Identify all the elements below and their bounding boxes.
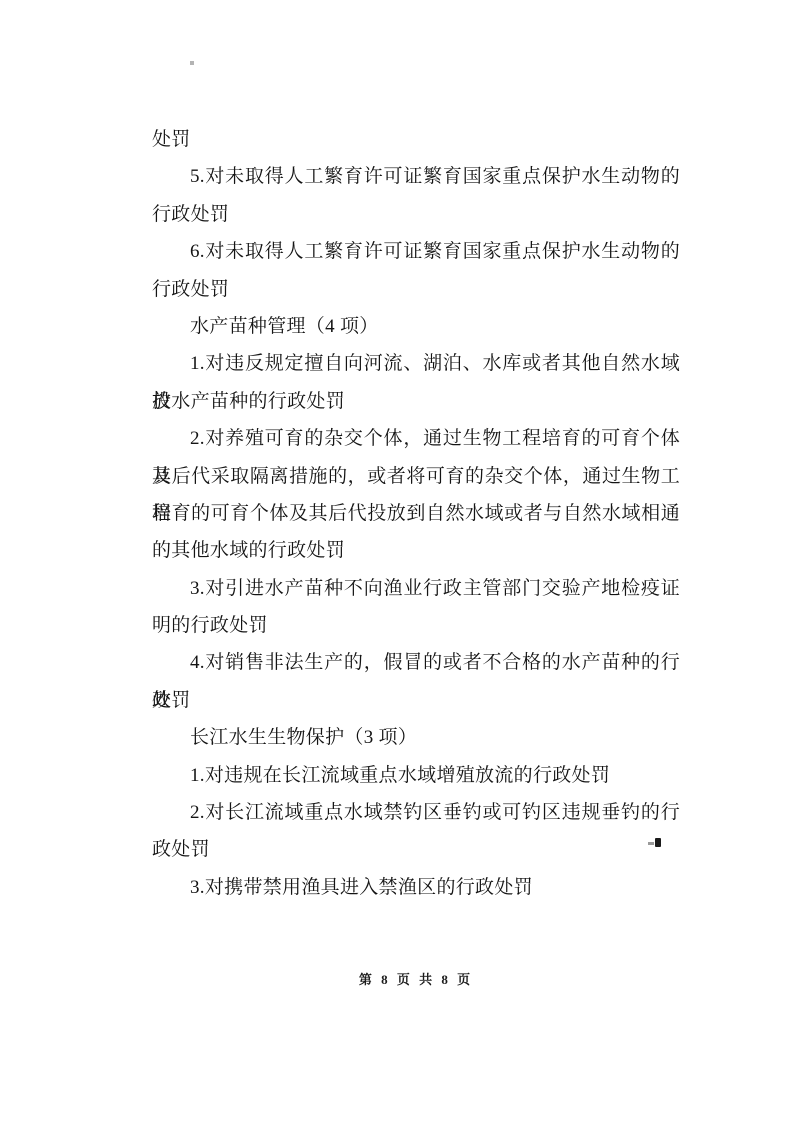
text-line: 3.对引进水产苗种不向渔业行政主管部门交验产地检疫证 — [152, 570, 680, 607]
scan-speck-artifact — [190, 61, 194, 65]
text-line: 处罚 — [152, 682, 680, 719]
text-line: 明的行政处罚 — [152, 607, 680, 644]
page-footer: 第 8 页 共 8 页 — [152, 969, 680, 988]
text-line: 1.对违规在长江流域重点水域增殖放流的行政处罚 — [152, 757, 680, 794]
page-number: 第 8 页 共 8 页 — [359, 972, 473, 987]
document-page: 处罚5.对未取得人工繁育许可证繁育国家重点保护水生动物的行政处罚6.对未取得人工… — [0, 0, 793, 1122]
text-line: 其后代采取隔离措施的，或者将可育的杂交个体，通过生物工程 — [152, 458, 680, 495]
document-body: 处罚5.对未取得人工繁育许可证繁育国家重点保护水生动物的行政处罚6.对未取得人工… — [152, 121, 680, 906]
text-line: 行政处罚 — [152, 271, 680, 308]
text-line: 6.对未取得人工繁育许可证繁育国家重点保护水生动物的 — [152, 233, 680, 270]
ink-mark-artifact — [655, 838, 661, 847]
text-line: 5.对未取得人工繁育许可证繁育国家重点保护水生动物的 — [152, 158, 680, 195]
text-line: 2.对养殖可育的杂交个体，通过生物工程培育的可育个体及 — [152, 420, 680, 457]
text-line: 政处罚 — [152, 831, 680, 868]
text-line: 水产苗种管理（4 项） — [152, 308, 680, 345]
text-line: 的其他水域的行政处罚 — [152, 532, 680, 569]
text-line: 3.对携带禁用渔具进入禁渔区的行政处罚 — [152, 869, 680, 906]
text-line: 放水产苗种的行政处罚 — [152, 383, 680, 420]
text-line: 培育的可育个体及其后代投放到自然水域或者与自然水域相通 — [152, 495, 680, 532]
text-line: 4.对销售非法生产的，假冒的或者不合格的水产苗种的行政 — [152, 644, 680, 681]
text-line: 长江水生生物保护（3 项） — [152, 719, 680, 756]
text-line: 2.对长江流域重点水域禁钓区垂钓或可钓区违规垂钓的行 — [152, 794, 680, 831]
ink-mark-tail-artifact — [648, 842, 654, 845]
text-line: 1.对违反规定擅自向河流、湖泊、水库或者其他自然水域投 — [152, 345, 680, 382]
text-line: 处罚 — [152, 121, 680, 158]
text-line: 行政处罚 — [152, 196, 680, 233]
